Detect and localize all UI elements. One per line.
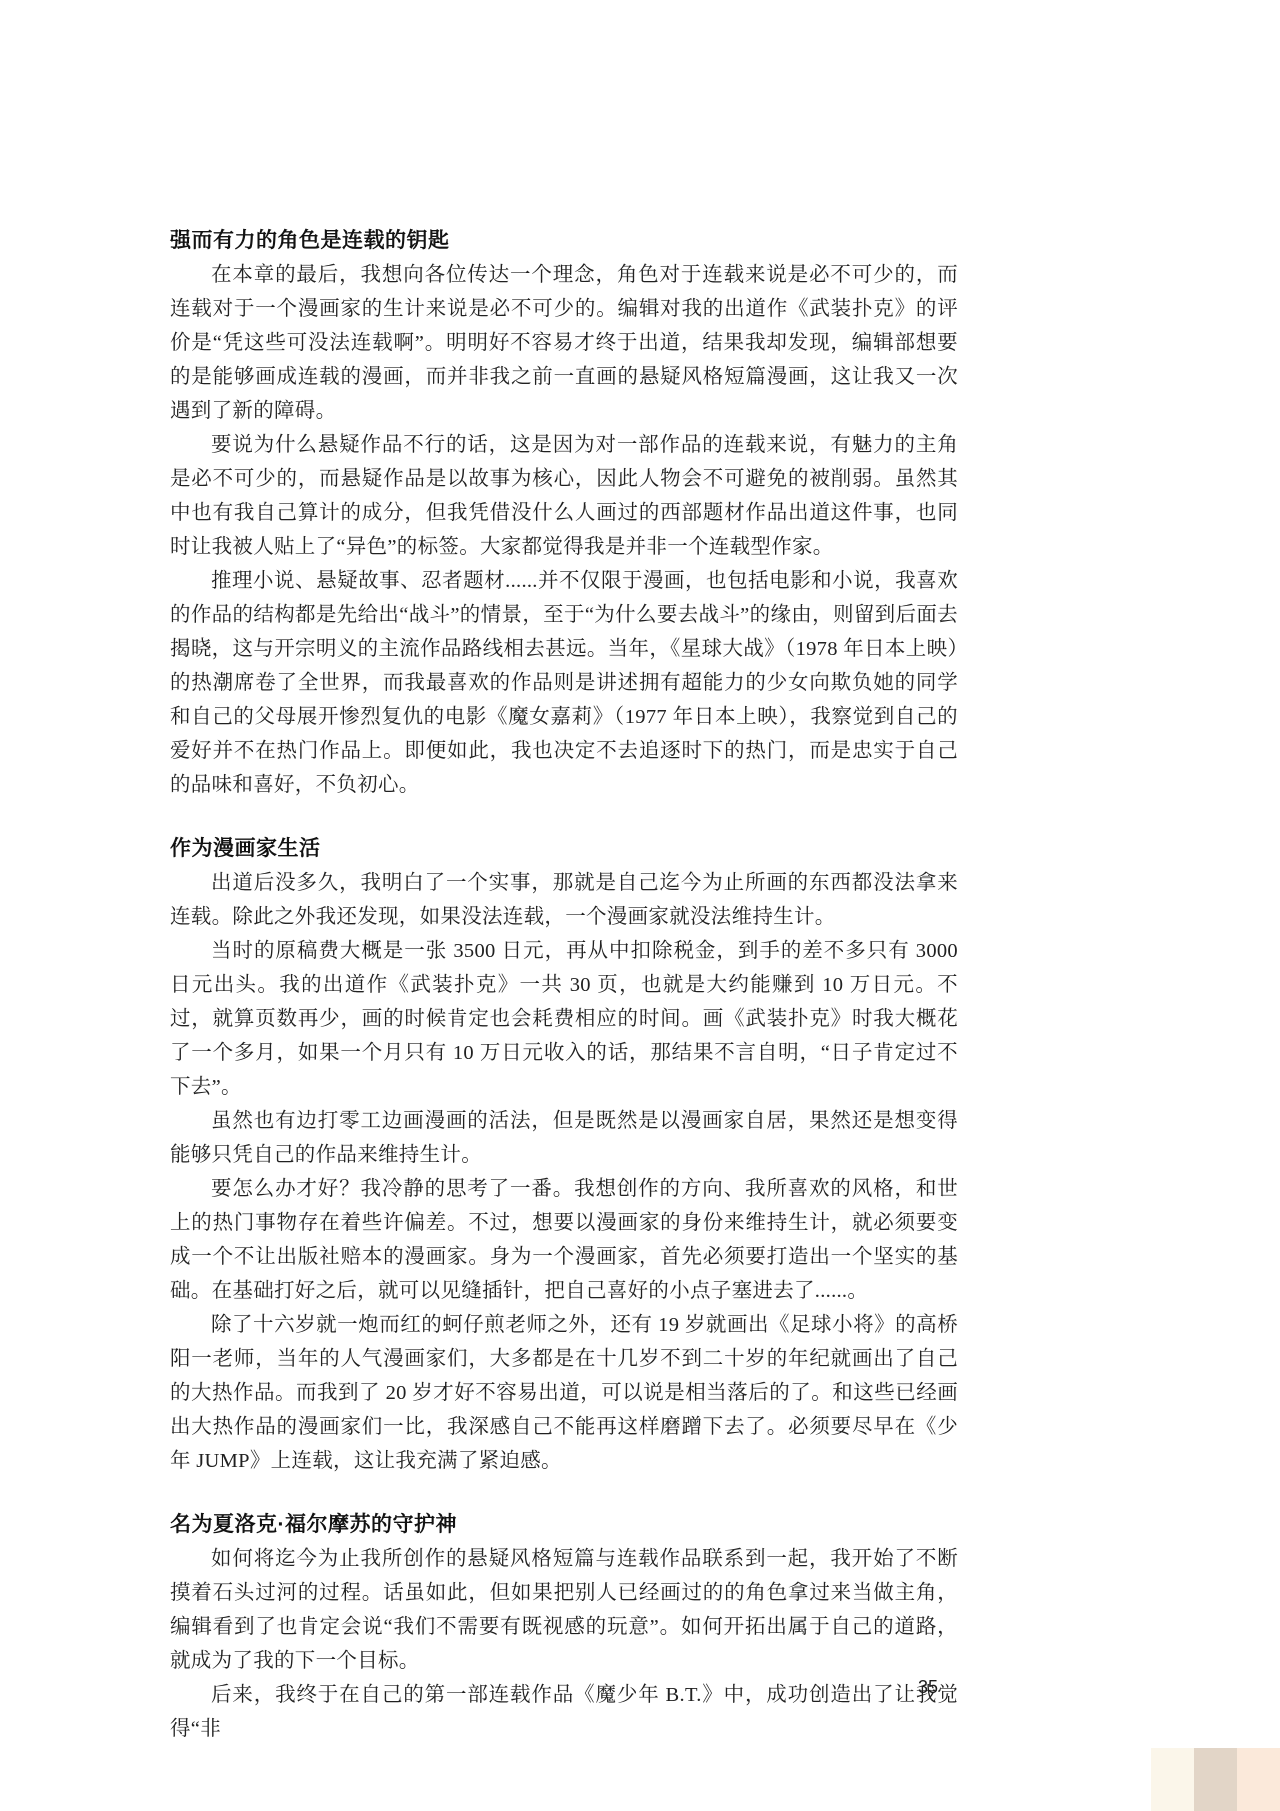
- section-living-as-mangaka: 作为漫画家生活 出道后没多久，我明白了一个实事，那就是自己迄今为止所画的东西都没…: [170, 832, 958, 1478]
- document-page: 强而有力的角色是连载的钥匙 在本章的最后，我想向各位传达一个理念，角色对于连载来…: [0, 0, 1280, 1811]
- corner-color-strips: [1151, 1748, 1280, 1811]
- section-heading: 强而有力的角色是连载的钥匙: [170, 224, 958, 258]
- paragraph: 出道后没多久，我明白了一个实事，那就是自己迄今为止所画的东西都没法拿来连载。除此…: [170, 866, 958, 934]
- paragraph: 除了十六岁就一炮而红的蚵仔煎老师之外，还有 19 岁就画出《足球小将》的高桥阳一…: [170, 1308, 958, 1478]
- corner-strip-cream: [1151, 1748, 1194, 1811]
- section-strong-characters: 强而有力的角色是连载的钥匙 在本章的最后，我想向各位传达一个理念，角色对于连载来…: [170, 224, 958, 802]
- paragraph: 如何将迄今为止我所创作的悬疑风格短篇与连载作品联系到一起，我开始了不断摸着石头过…: [170, 1542, 958, 1678]
- paragraph: 要说为什么悬疑作品不行的话，这是因为对一部作品的连载来说，有魅力的主角是必不可少…: [170, 428, 958, 564]
- paragraph: 在本章的最后，我想向各位传达一个理念，角色对于连载来说是必不可少的，而连载对于一…: [170, 258, 958, 428]
- corner-strip-tan: [1194, 1748, 1237, 1811]
- section-heading: 名为夏洛克·福尔摩苏的守护神: [170, 1508, 958, 1542]
- paragraph: 要怎么办才好？我冷静的思考了一番。我想创作的方向、我所喜欢的风格，和世上的热门事…: [170, 1172, 958, 1308]
- paragraph: 虽然也有边打零工边画漫画的活法，但是既然是以漫画家自居，果然还是想变得能够只凭自…: [170, 1104, 958, 1172]
- page-content: 强而有力的角色是连载的钥匙 在本章的最后，我想向各位传达一个理念，角色对于连载来…: [170, 224, 958, 1746]
- page-number: 35: [918, 1677, 938, 1698]
- paragraph: 后来，我终于在自己的第一部连载作品《魔少年 B.T.》中，成功创造出了让我觉得“…: [170, 1678, 958, 1746]
- paragraph: 推理小说、悬疑故事、忍者题材......并不仅限于漫画，也包括电影和小说，我喜欢…: [170, 564, 958, 802]
- section-heading: 作为漫画家生活: [170, 832, 958, 866]
- corner-strip-peach: [1237, 1748, 1280, 1811]
- paragraph: 当时的原稿费大概是一张 3500 日元，再从中扣除税金，到手的差不多只有 300…: [170, 934, 958, 1104]
- section-sherlock-guardian: 名为夏洛克·福尔摩苏的守护神 如何将迄今为止我所创作的悬疑风格短篇与连载作品联系…: [170, 1508, 958, 1746]
